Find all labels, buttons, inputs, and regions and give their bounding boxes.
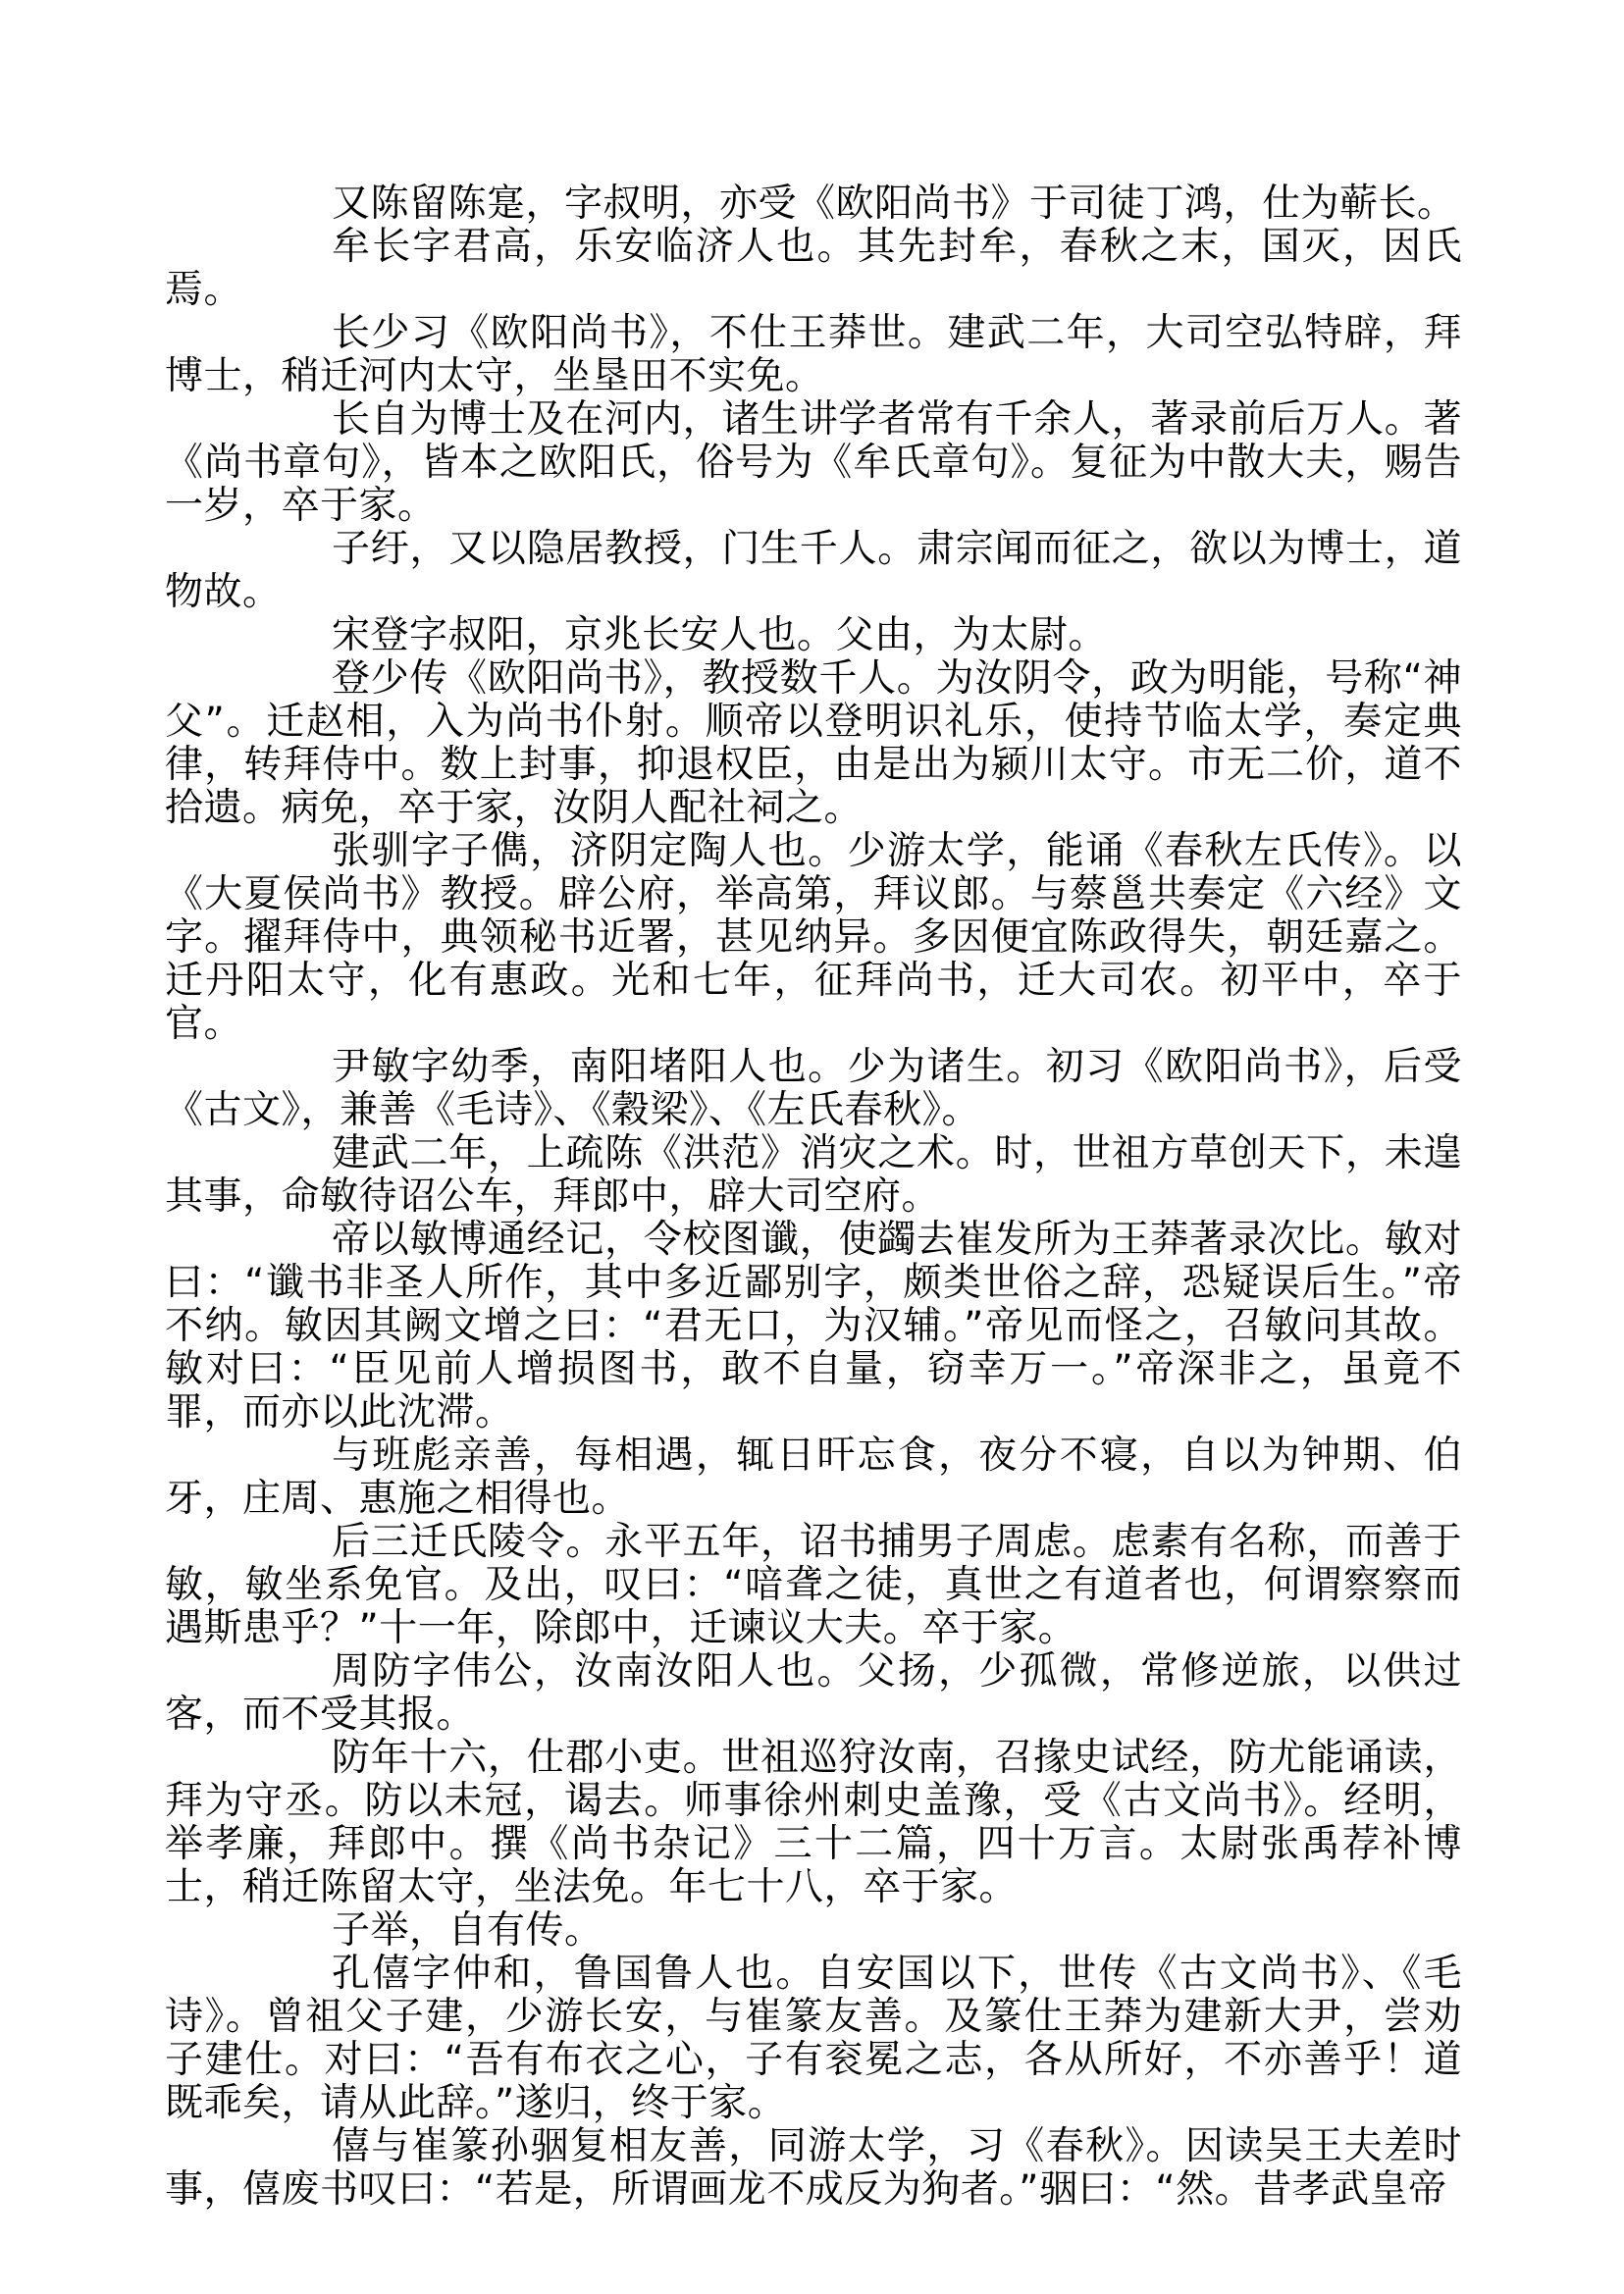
paragraph: 建武二年，上疏陈《洪范》消灾之术。时，世祖方草创天下，未遑其事，命敏待诏公车，拜…: [165, 1132, 1462, 1219]
paragraph: 宋登字叔阳，京兆长安人也。父由，为太尉。: [165, 614, 1462, 657]
paragraph: 长少习《欧阳尚书》，不仕王莽世。建武二年，大司空弘特辟，拜博士，稍迁河内太守，坐…: [165, 312, 1462, 398]
paragraph: 子纡，又以隐居教授，门生千人。肃宗闻而征之，欲以为博士，道物故。: [165, 528, 1462, 614]
text-block: 又陈留陈寔，字叔明，亦受《欧阳尚书》于司徒丁鸿，仕为蕲长。牟长字君高，乐安临济人…: [165, 182, 1462, 2212]
paragraph: 周防字伟公，汝南汝阳人也。父扬，少孤微，常修逆旅，以供过客，而不受其报。: [165, 1650, 1462, 1737]
paragraph: 长自为博士及在河内，诸生讲学者常有千余人，著录前后万人。著《尚书章句》，皆本之欧…: [165, 398, 1462, 528]
paragraph: 又陈留陈寔，字叔明，亦受《欧阳尚书》于司徒丁鸿，仕为蕲长。: [165, 182, 1462, 226]
paragraph: 尹敏字幼季，南阳堵阳人也。少为诸生。初习《欧阳尚书》，后受《古文》，兼善《毛诗》…: [165, 1046, 1462, 1132]
paragraph: 牟长字君高，乐安临济人也。其先封牟，春秋之末，国灭，因氏焉。: [165, 226, 1462, 312]
document-page: 又陈留陈寔，字叔明，亦受《欧阳尚书》于司徒丁鸿，仕为蕲长。牟长字君高，乐安临济人…: [0, 0, 1624, 2294]
paragraph: 防年十六，仕郡小吏。世祖巡狩汝南，召掾史试经，防尤能诵读，拜为守丞。防以未冠，谒…: [165, 1737, 1462, 1909]
paragraph: 僖与崔篆孙骃复相友善，同游太学，习《春秋》。因读吴王夫差时事，僖废书叹曰：“若是…: [165, 2125, 1462, 2212]
paragraph: 子举，自有传。: [165, 1909, 1462, 1953]
paragraph: 后三迁氏陵令。永平五年，诏书捕男子周虑。虑素有名称，而善于敏，敏坐系免官。及出，…: [165, 1521, 1462, 1650]
paragraph: 与班彪亲善，每相遇，辄日旰忘食，夜分不寝，自以为钟期、伯牙，庄周、惠施之相得也。: [165, 1434, 1462, 1521]
paragraph: 孔僖字仲和，鲁国鲁人也。自安国以下，世传《古文尚书》、《毛诗》。曾祖父子建，少游…: [165, 1953, 1462, 2125]
paragraph: 登少传《欧阳尚书》，教授数千人。为汝阴令，政为明能，号称“神父”。迁赵相，入为尚…: [165, 657, 1462, 830]
paragraph: 帝以敏博通经记，令校图谶，使蠲去崔发所为王莽著录次比。敏对曰：“谶书非圣人所作，…: [165, 1219, 1462, 1434]
paragraph: 张驯字子儁，济阴定陶人也。少游太学，能诵《春秋左氏传》。以《大夏侯尚书》教授。辟…: [165, 830, 1462, 1046]
